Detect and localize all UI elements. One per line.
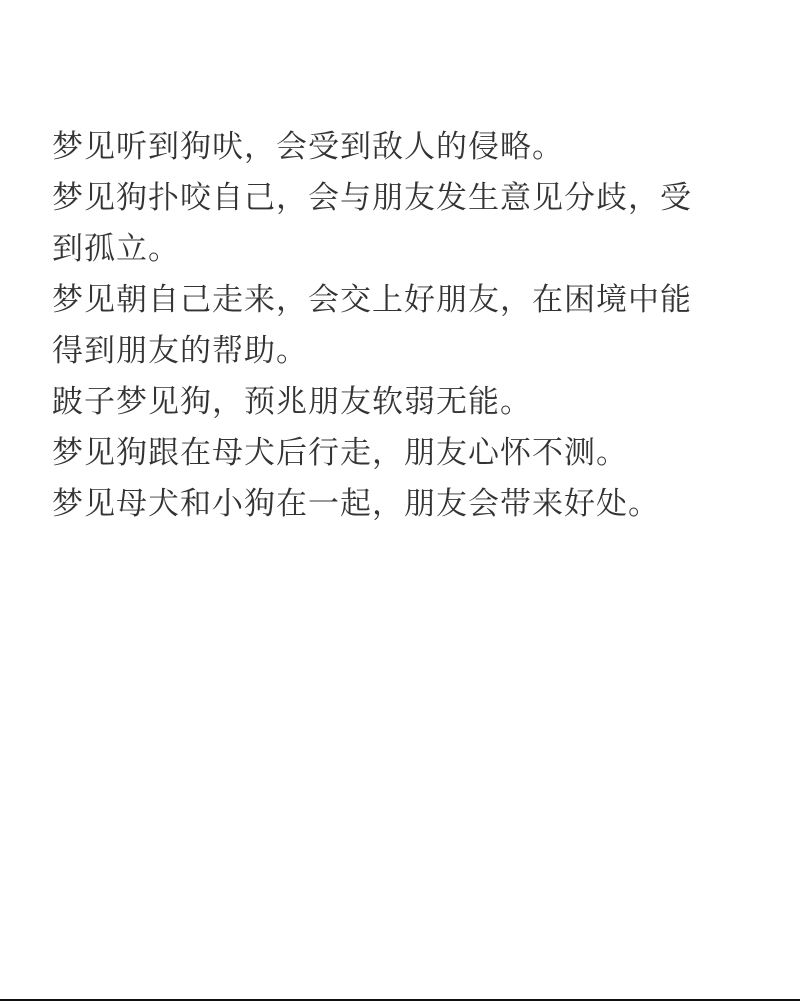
dream-interpretation-text: 梦见听到狗吠，会受到敌人的侵略。 梦见狗扑咬自己，会与朋友发生意见分歧，受 到孤…: [52, 122, 742, 530]
text-line: 梦见母犬和小狗在一起，朋友会带来好处。: [52, 479, 742, 530]
text-line: 梦见狗扑咬自己，会与朋友发生意见分歧，受: [52, 173, 742, 224]
text-line: 梦见听到狗吠，会受到敌人的侵略。: [52, 122, 742, 173]
text-line: 到孤立。: [52, 224, 742, 275]
text-line: 梦见狗跟在母犬后行走，朋友心怀不测。: [52, 428, 742, 479]
text-line: 梦见朝自己走来，会交上好朋友，在困境中能: [52, 275, 742, 326]
text-line: 跛子梦见狗，预兆朋友软弱无能。: [52, 377, 742, 428]
text-line: 得到朋友的帮助。: [52, 326, 742, 377]
